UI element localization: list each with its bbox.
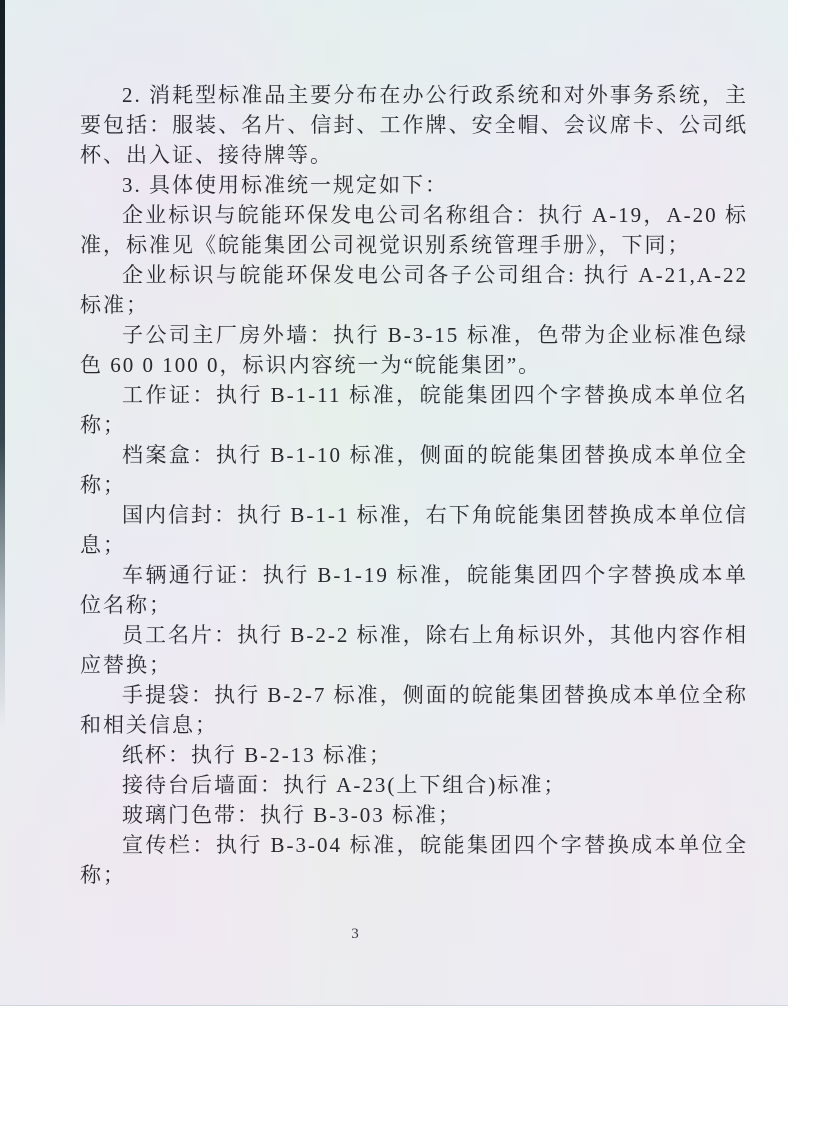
document-body-text: 2. 消耗型标准品主要分布在办公行政系统和对外事务系统，主要包括：服装、名片、信…	[80, 80, 748, 890]
paragraph-logo-company-name-combo: 企业标识与皖能环保发电公司名称组合：执行 A-19，A-20 标准，标准见《皖能…	[80, 200, 748, 260]
paragraph-paper-cup: 纸杯：执行 B-2-13 标准；	[80, 740, 748, 770]
scanner-edge-artifact	[0, 0, 5, 730]
paragraph-vehicle-pass: 车辆通行证：执行 B-1-19 标准，皖能集团四个字替换成本单位名称；	[80, 560, 748, 620]
paragraph-factory-exterior-wall: 子公司主厂房外墙：执行 B-3-15 标准，色带为企业标准色绿色 60 0 10…	[80, 320, 748, 380]
paragraph-logo-subsidiary-combo: 企业标识与皖能环保发电公司各子公司组合: 执行 A-21,A-22 标准；	[80, 260, 748, 320]
paragraph-archive-box: 档案盒：执行 B-1-10 标准，侧面的皖能集团替换成本单位全称；	[80, 440, 748, 500]
paragraph-domestic-envelope: 国内信封：执行 B-1-1 标准，右下角皖能集团替换成本单位信息；	[80, 500, 748, 560]
paragraph-usage-rules-heading: 3. 具体使用标准统一规定如下：	[80, 170, 748, 200]
page-number: 3	[340, 926, 370, 943]
paragraph-work-badge: 工作证：执行 B-1-11 标准，皖能集团四个字替换成本单位名称；	[80, 380, 748, 440]
paragraph-bulletin-board: 宣传栏：执行 B-3-04 标准，皖能集团四个字替换成本单位全称；	[80, 830, 748, 890]
paragraph-glass-door-stripe: 玻璃门色带：执行 B-3-03 标准；	[80, 800, 748, 830]
paragraph-business-card: 员工名片：执行 B-2-2 标准，除右上角标识外，其他内容作相应替换；	[80, 620, 748, 680]
document-page: 2. 消耗型标准品主要分布在办公行政系统和对外事务系统，主要包括：服装、名片、信…	[0, 0, 821, 1148]
paragraph-reception-wall: 接待台后墙面：执行 A-23(上下组合)标准；	[80, 770, 748, 800]
paragraph-tote-bag: 手提袋：执行 B-2-7 标准，侧面的皖能集团替换成本单位全称和相关信息；	[80, 680, 748, 740]
paragraph-consumable-items: 2. 消耗型标准品主要分布在办公行政系统和对外事务系统，主要包括：服装、名片、信…	[80, 80, 748, 170]
scanned-paper-area: 2. 消耗型标准品主要分布在办公行政系统和对外事务系统，主要包括：服装、名片、信…	[0, 0, 788, 1006]
